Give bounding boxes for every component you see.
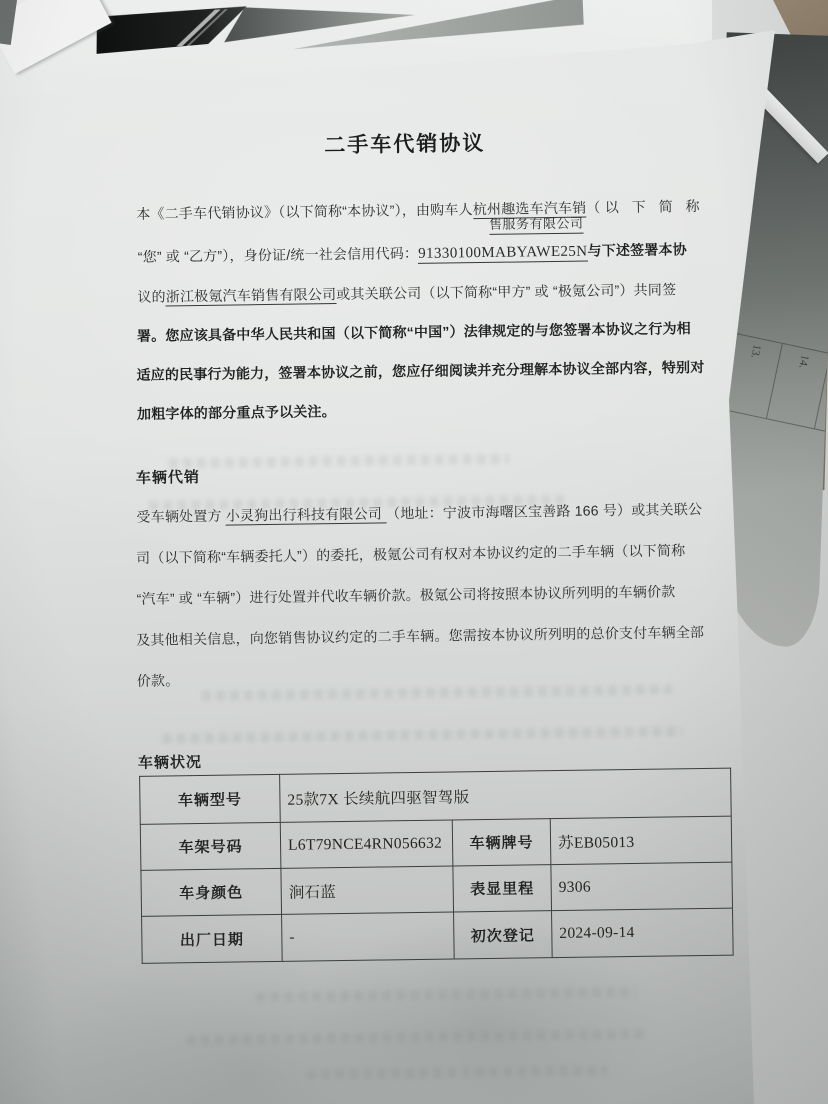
consignment-line-4: 及其他相关信息，向您销售协议约定的二手车辆。您需按本协议所列明的总价支付车辆全部: [136, 622, 704, 650]
intro-line-4: 署。您应该具备中华人民共和国（以下简称“中国”）法律规定的与您签署本协议之行为相: [137, 318, 691, 346]
body-color-label: 车身颜色: [141, 868, 282, 916]
plate-value: 苏EB05013: [550, 816, 732, 865]
mileage-label: 表显里程: [453, 865, 552, 912]
section-heading-condition: 车辆状况: [138, 751, 202, 773]
factory-date-label: 出厂日期: [142, 914, 283, 963]
table-row-vin-plate: 车架号码 L6T79NCE4RN056632 车辆牌号 苏EB05013: [140, 816, 732, 870]
vin-value: L6T79NCE4RN056632: [280, 820, 453, 868]
vehicle-model-value: 25款7X 长续航四驱智驾版: [280, 768, 732, 822]
buyer-name-fill: 杭州趣选车汽车销售服务有限公司: [473, 198, 587, 220]
bleed-through-stripe: [187, 1029, 647, 1045]
document-title: 二手车代销协议: [324, 127, 485, 159]
intro-line-1-text: 本《二手车代销协议》（以下简称“本协议”），由购车人: [136, 201, 473, 222]
intro-line-1: 本《二手车代销协议》（以下简称“本协议”），由购车人杭州趣选车汽车销售服务有限公…: [136, 196, 704, 224]
factory-date-value: -: [282, 912, 455, 961]
consignment-line-5: 价款。: [137, 670, 180, 691]
seller-name: 浙江极氪汽车销售有限公司: [166, 286, 337, 306]
intro-line-5: 适应的民事行为能力，签署本协议之前，您应仔细阅读并充分理解本协议全部内容，特别对: [136, 357, 704, 385]
intro-line-3-pre: 议的: [137, 288, 166, 304]
bleed-through-stripe: [307, 1065, 607, 1079]
intro-line-2: “您” 或 “乙方”），身份证/统一社会信用代码：91330100MABYAWE…: [138, 239, 687, 267]
bleed-through-stripe: [256, 987, 636, 1002]
intro-line-3: 议的浙江极氪汽车销售有限公司或其关联公司（以下简称“甲方” 或 “极氪公司”）共…: [137, 279, 676, 307]
intro-line-2-text: “您” 或 “乙方”），身份证/统一社会信用代码：: [138, 245, 419, 265]
mileage-value: 9306: [551, 862, 733, 911]
bleed-through-stripe: [169, 454, 509, 469]
intro-line-1-suffix: （以 下 简 称: [586, 198, 704, 216]
document-content: 二手车代销协议 本《二手车代销协议》（以下简称“本协议”），由购车人杭州趣选车汽…: [0, 0, 828, 1104]
body-color-value: 涧石蓝: [281, 866, 454, 914]
first-registration-value: 2024-09-14: [552, 908, 734, 958]
intro-line-4-pre: 署。: [137, 327, 166, 343]
first-registration-label: 初次登记: [454, 911, 553, 959]
table-row-color-mileage: 车身颜色 涧石蓝 表显里程 9306: [141, 862, 733, 916]
table-row-dates: 出厂日期 - 初次登记 2024-09-14: [142, 908, 734, 963]
intro-line-4-bold: 您应该具备中华人民共和国（以下简称“中国”）法律规定的与您签署本协议之行为相: [165, 320, 691, 343]
intro-line-2-suffix: 与下述签署本协: [587, 241, 687, 258]
credit-code: 91330100MABYAWE25N: [418, 244, 588, 264]
bleed-through-stripe: [163, 726, 683, 743]
main-document-sheet: 二手车代销协议 本《二手车代销协议》（以下简称“本协议”），由购车人杭州趣选车汽…: [0, 0, 828, 1104]
table-row-model: 车辆型号 25款7X 长续航四驱智驾版: [140, 768, 732, 824]
consignment-line-2: 司（以下简称“车辆委托人”）的委托，极氪公司有权对本协议约定的二手车辆（以下简称: [136, 540, 686, 568]
vin-label: 车架号码: [140, 822, 281, 870]
section-heading-consignment: 车辆代销: [136, 466, 200, 488]
buyer-name-line2: 售服务有限公司: [489, 213, 584, 235]
consignment-line-3: “汽车” 或 “车辆”）进行处置并代收车辆价款。极氪公司将按照本协议所列明的车辆…: [136, 581, 675, 609]
vehicle-model-label: 车辆型号: [140, 774, 281, 824]
bleed-through-stripe: [202, 684, 672, 701]
plate-label: 车辆牌号: [452, 819, 551, 866]
photo-of-document-scene: 15. 14. 13. 二手车代销协议 本《二手车代销协议》（以下简称“本协议”…: [0, 0, 828, 1104]
vehicle-info-table: 车辆型号 25款7X 长续航四驱智驾版 车架号码 L6T79NCE4RN0566…: [139, 768, 734, 964]
intro-line-6: 加粗字体的部分重点予以关注。: [137, 401, 336, 424]
intro-line-3-suffix: 或其关联公司（以下简称“甲方” 或 “极氪公司”）共同签: [336, 281, 676, 302]
